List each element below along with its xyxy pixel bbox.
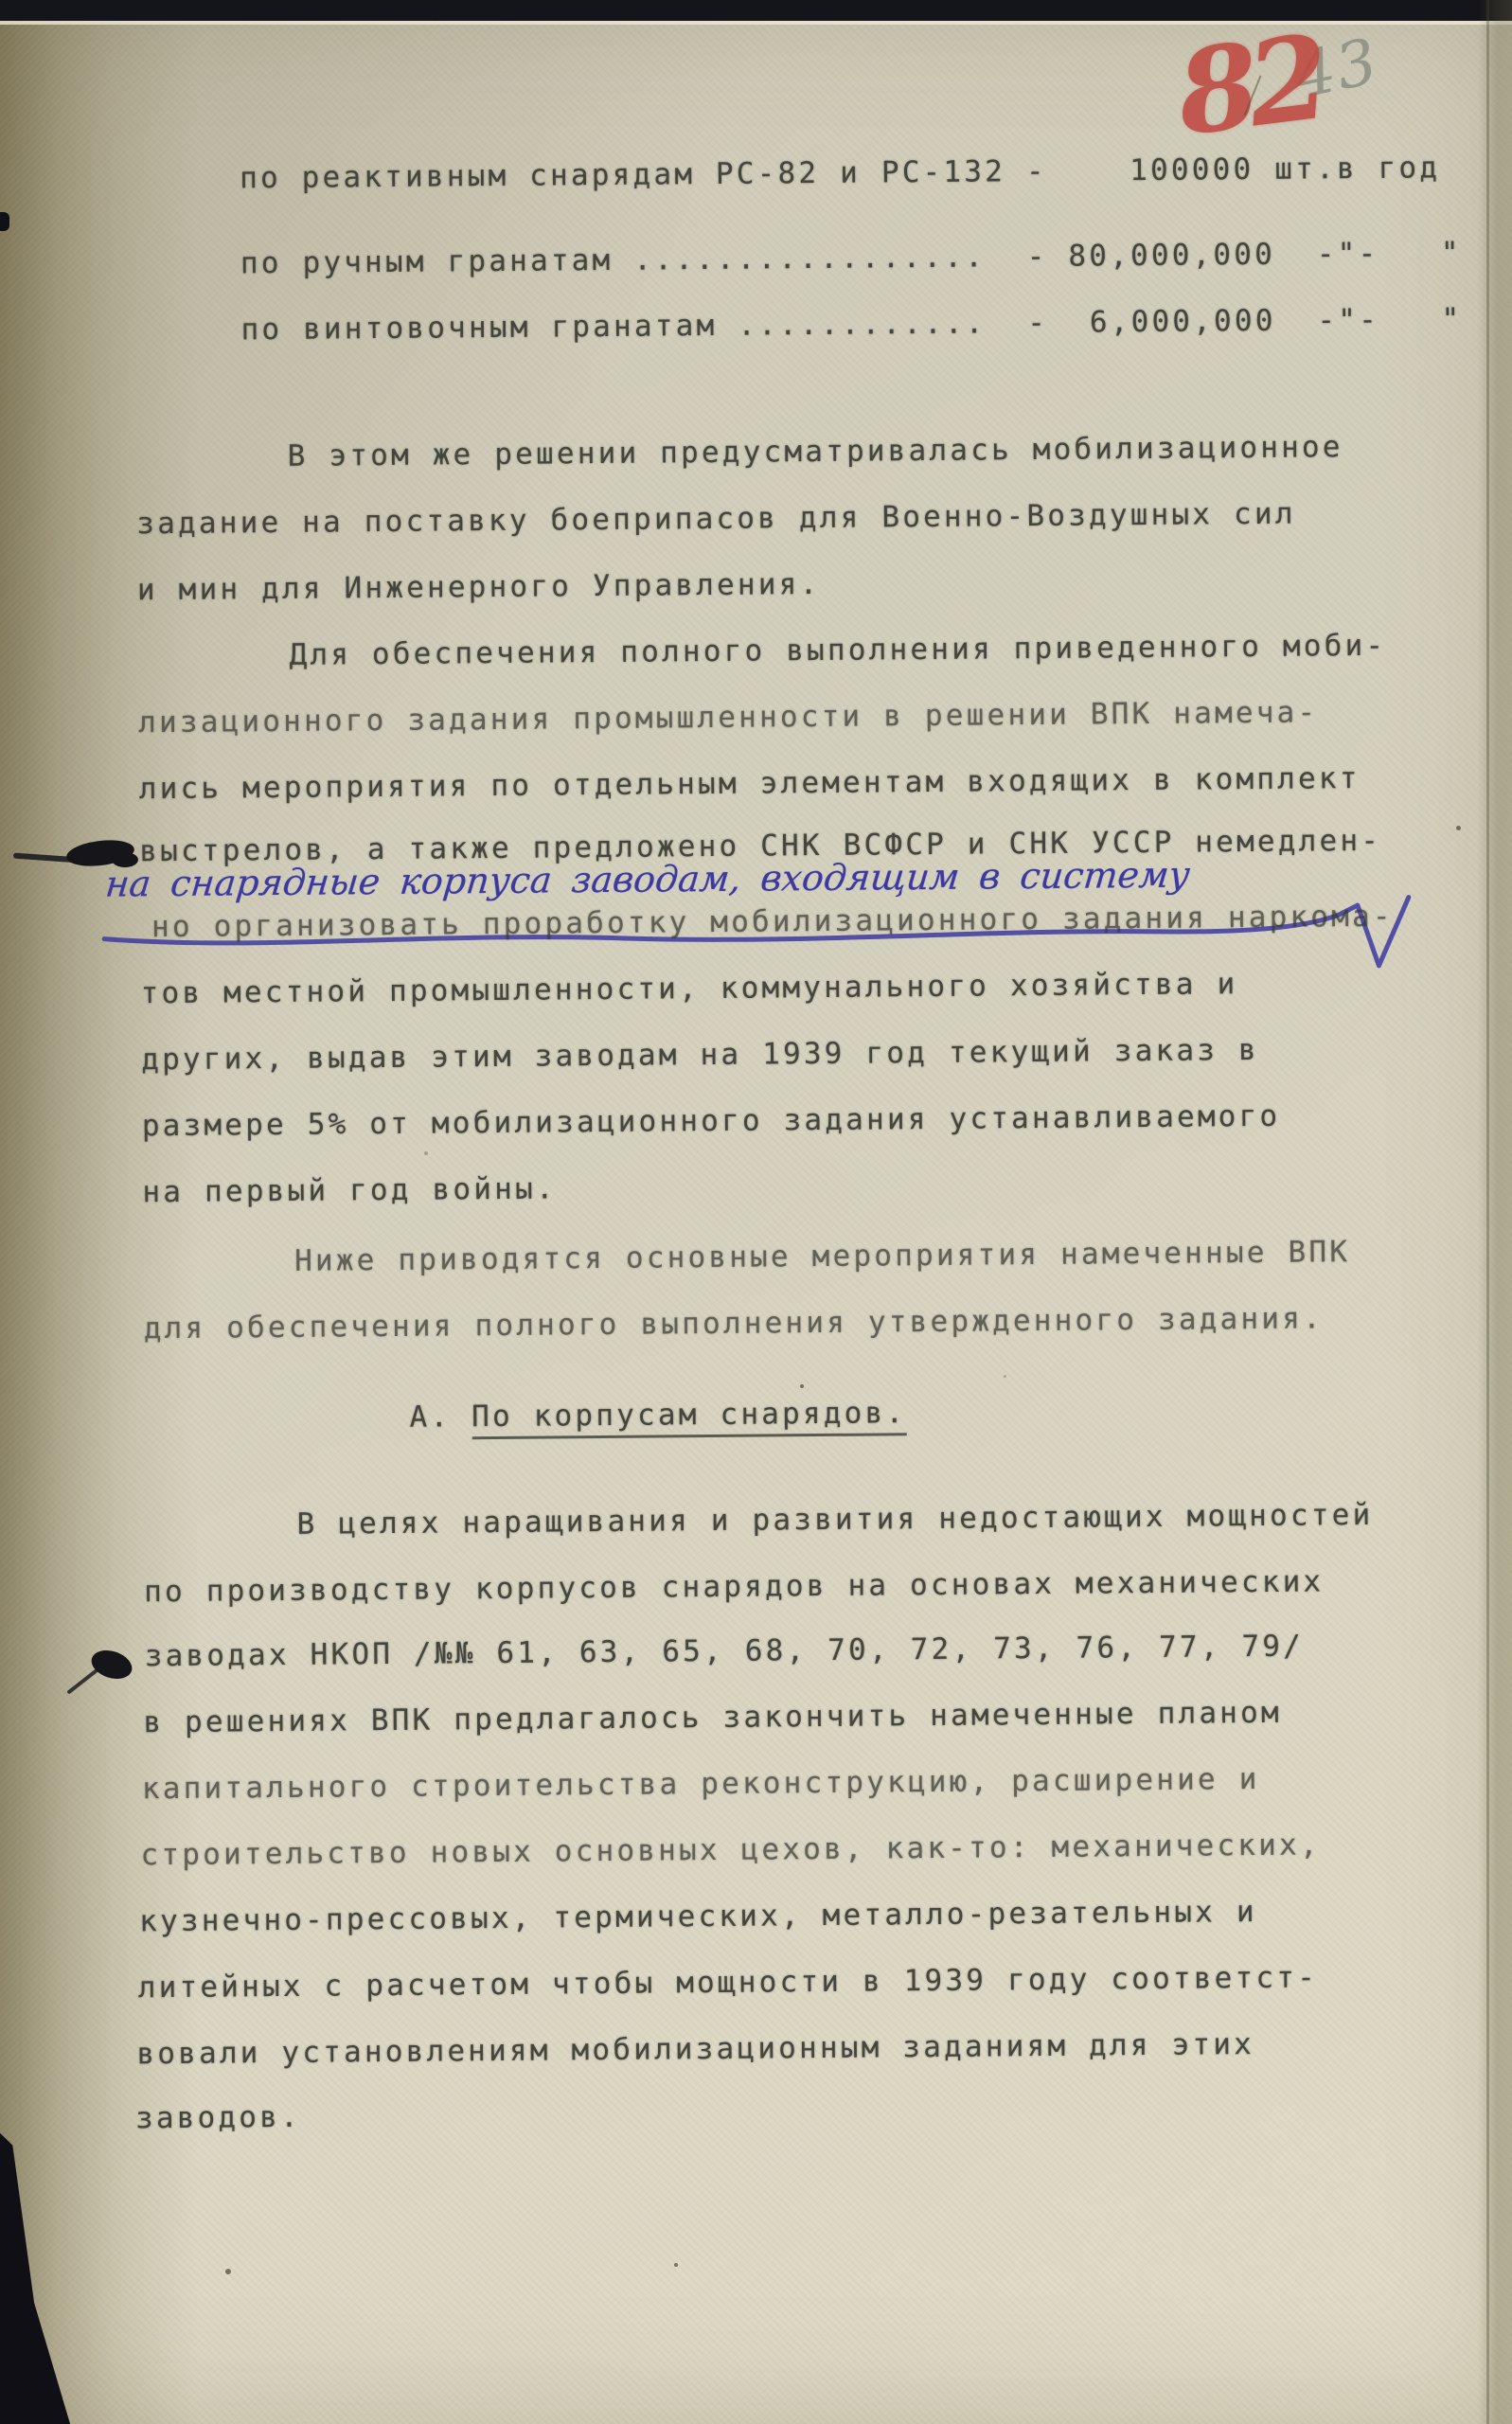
typed-line: других, выдав этим заводам на 1939 год т… bbox=[141, 1033, 1259, 1077]
typed-line: лизационного задания промышленности в ре… bbox=[138, 695, 1319, 740]
typed-line: задание на поставку боеприпасов для Воен… bbox=[136, 497, 1296, 542]
typed-line: кузнечно-прессовых, термических, металло… bbox=[139, 1895, 1257, 1938]
dust-speck bbox=[424, 1151, 428, 1155]
typed-line: Для обеспечения полного выполнения приве… bbox=[289, 629, 1386, 672]
typed-line: размере 5% от мобилизационного задания у… bbox=[142, 1099, 1281, 1143]
section-heading-letter: А. bbox=[409, 1399, 471, 1435]
typed-line: по ручным гранатам ................. - 8… bbox=[240, 236, 1462, 280]
ink-blot bbox=[112, 852, 138, 867]
dust-speck bbox=[225, 2269, 231, 2274]
dust-speck bbox=[1004, 1375, 1006, 1378]
typed-line: в решениях ВПК предлагалось закончить на… bbox=[143, 1696, 1282, 1739]
typed-line: заводов. bbox=[135, 2100, 301, 2136]
typed-line: В этом же решении предусматривалась моби… bbox=[288, 430, 1343, 473]
typed-line: по реактивным снарядам РС-82 и РС-132 - … bbox=[240, 151, 1440, 195]
dust-speck bbox=[800, 1384, 804, 1388]
section-heading: А. По корпусам снарядов. bbox=[409, 1396, 906, 1435]
typed-line: капитального строительства реконструкцию… bbox=[142, 1762, 1260, 1806]
dust-speck bbox=[1456, 826, 1461, 830]
typed-line: заводах НКОП /№№ 61, 63, 65, 68, 70, 72,… bbox=[145, 1630, 1305, 1674]
typed-line: литейных с расчетом чтобы мощности в 193… bbox=[138, 1960, 1319, 2005]
dust-speck bbox=[674, 2263, 678, 2267]
section-heading-title: По корпусам снарядов. bbox=[471, 1396, 906, 1439]
typed-line: В целях наращивания и развития недостающ… bbox=[296, 1498, 1373, 1542]
typed-line: строительство новых основных цехов, как-… bbox=[140, 1827, 1321, 1872]
typed-line: по винтовочным гранатам ............ - 6… bbox=[240, 302, 1462, 347]
typed-line: и мин для Инженерного Управления. bbox=[137, 567, 821, 607]
typed-line: для обеспечения полного выполнения утвер… bbox=[144, 1301, 1325, 1346]
typed-text-layer: по реактивным снарядам РС-82 и РС-132 - … bbox=[0, 0, 1512, 2424]
typed-line: на первый год войны. bbox=[142, 1171, 557, 1209]
document-scan: 43 82 по реактивным снарядам РС-82 и РС-… bbox=[0, 0, 1512, 2424]
typed-line: лись мероприятия по отдельным элементам … bbox=[139, 761, 1361, 806]
typed-line: по производству корпусов снарядов на осн… bbox=[144, 1564, 1325, 1609]
typed-line: Ниже приводятся основные мероприятия нам… bbox=[294, 1235, 1350, 1278]
typed-line: вовали установлениям мобилизационным зад… bbox=[136, 2027, 1254, 2071]
